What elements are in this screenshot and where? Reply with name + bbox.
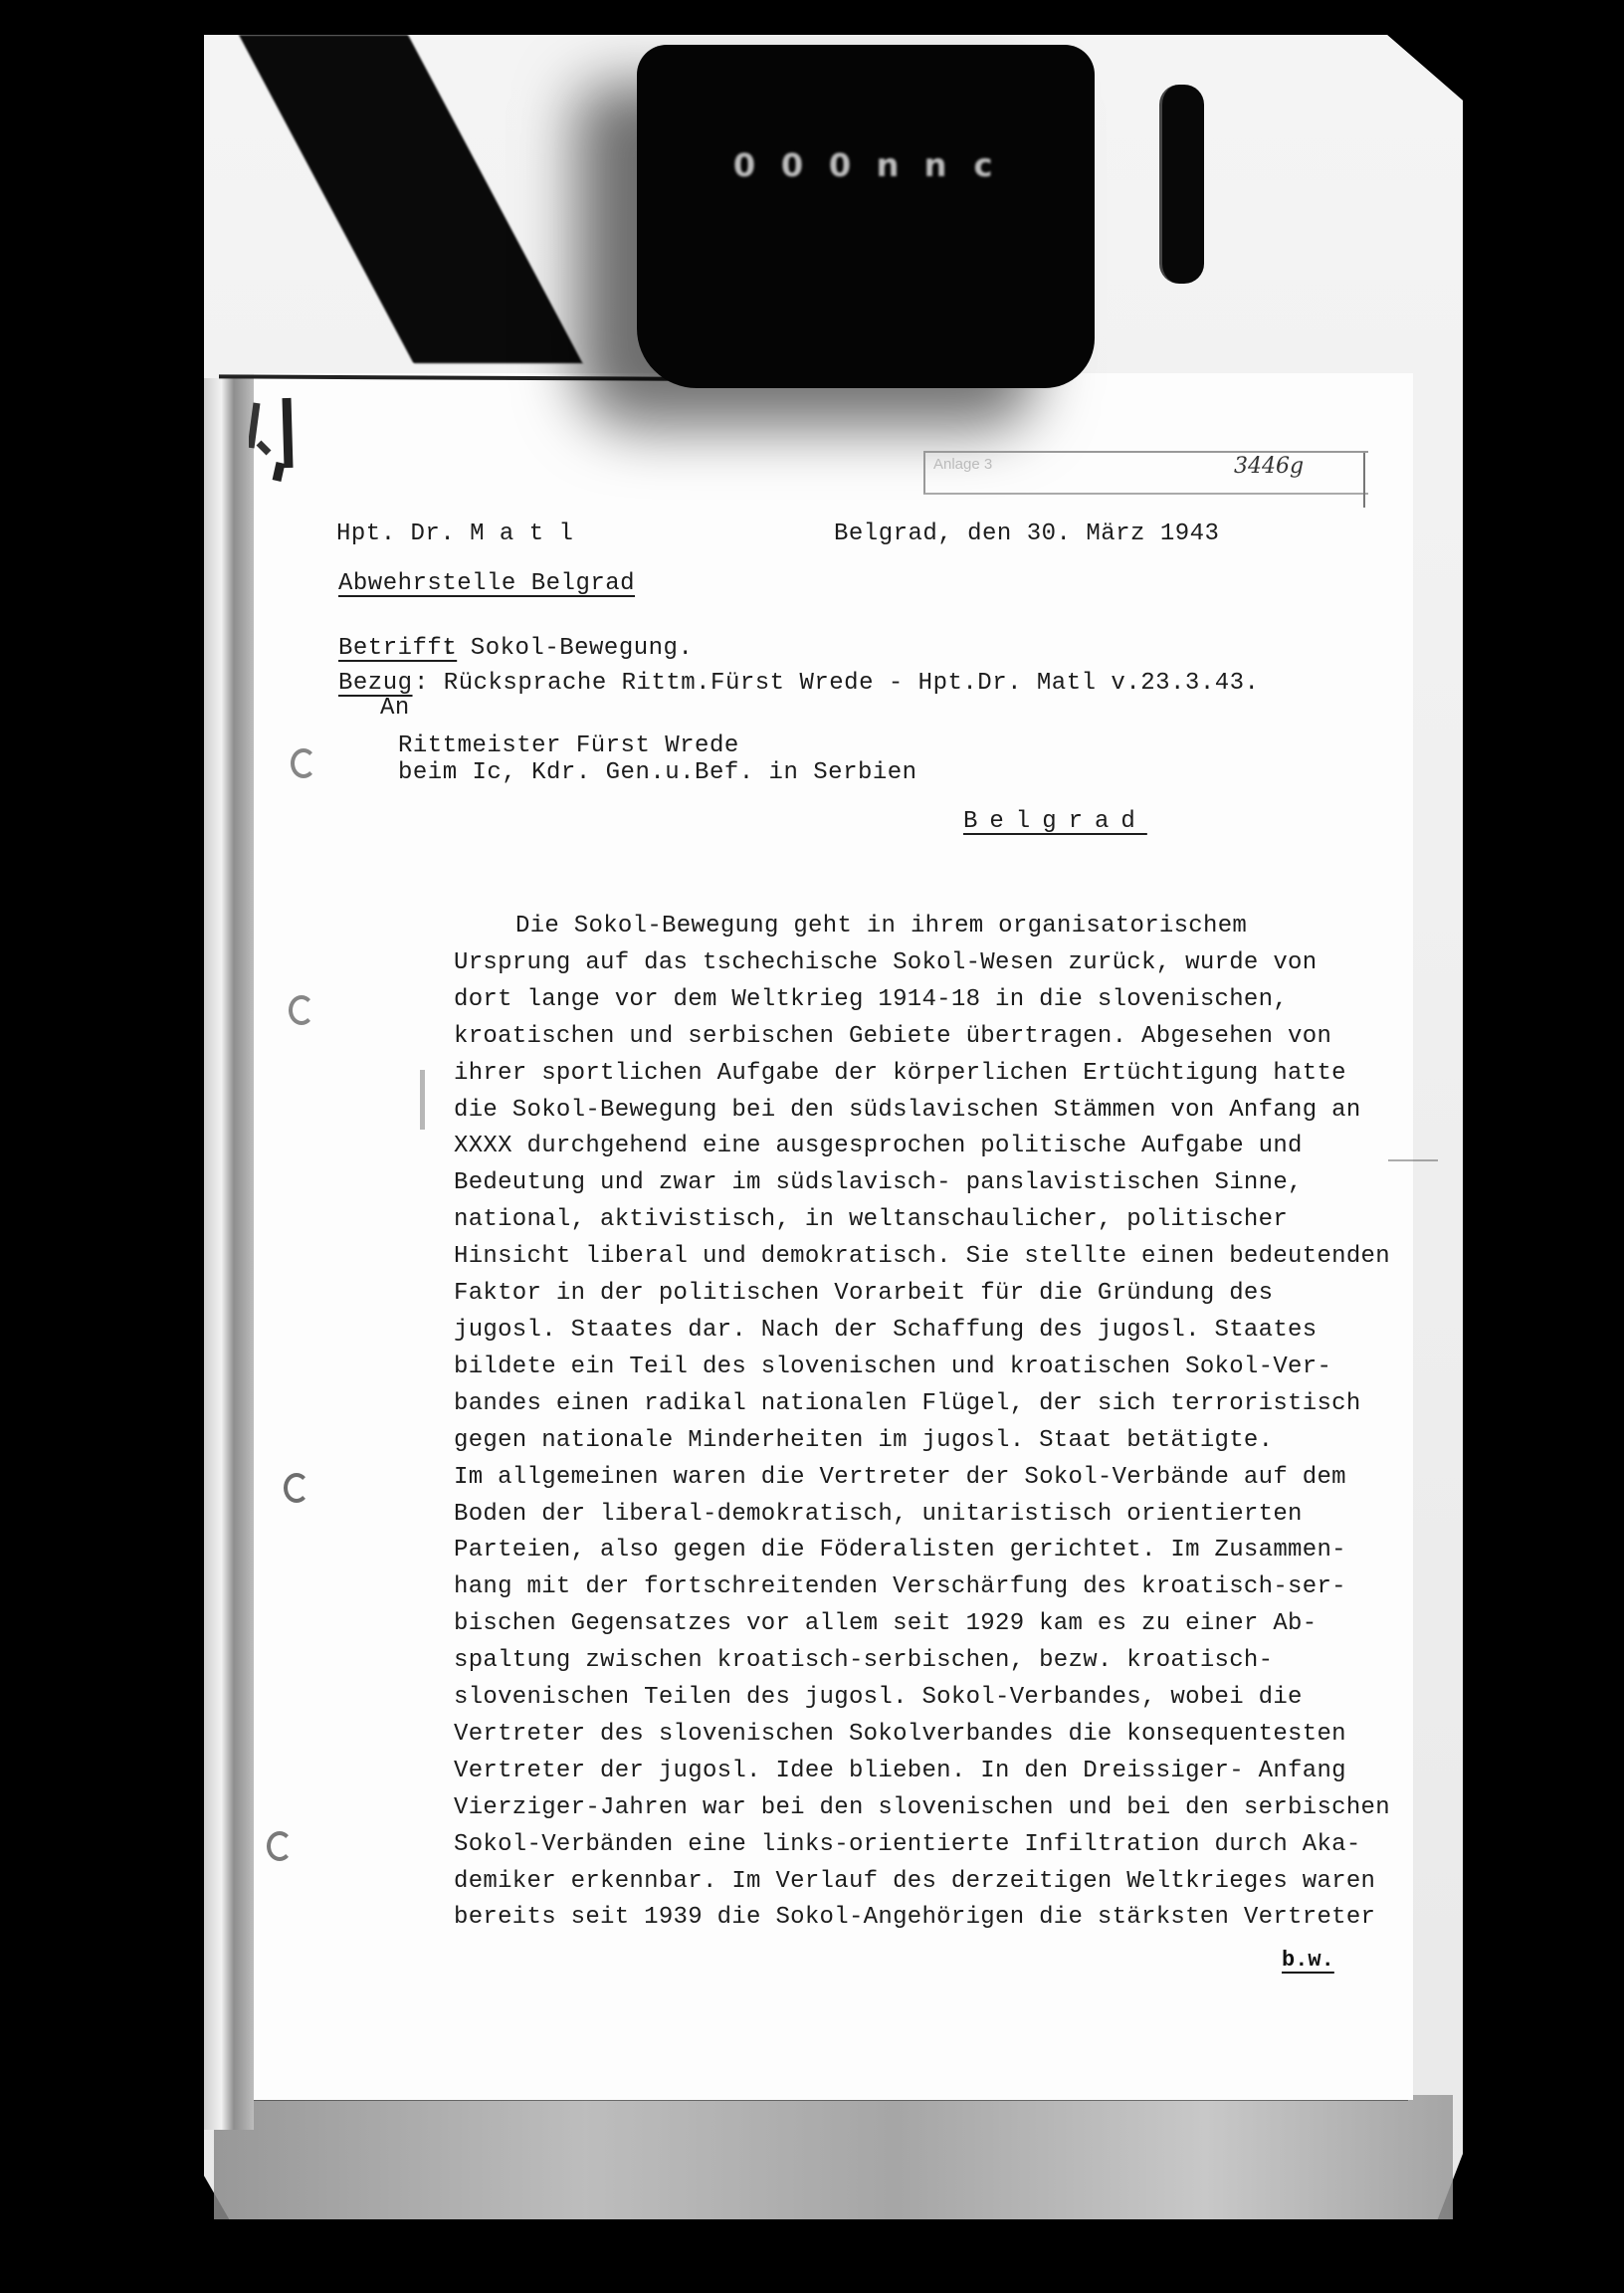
counter-digit: n [922, 147, 948, 183]
stamp-mark [1363, 453, 1365, 508]
body-line: die Sokol-Bewegung bei den südslavischen… [454, 1093, 1409, 1130]
recipient-city: Belgrad [963, 808, 1147, 835]
sender: Hpt. Dr. M a t l [336, 521, 573, 547]
subject-label: Betrifft [338, 635, 457, 662]
office: Abwehrstelle Belgrad [338, 570, 635, 597]
body-line: Sokol-Verbänden eine links-orientierte I… [454, 1827, 1409, 1864]
body-line: demiker erkennbar. Im Verlauf des derzei… [454, 1864, 1409, 1901]
body-line: national, aktivistisch, in weltanschauli… [454, 1202, 1409, 1239]
body-line: hang mit der fortschreitenden Verschärfu… [454, 1569, 1409, 1606]
binding-strip [204, 378, 254, 2130]
punch-hole-icon [291, 748, 316, 778]
counter-digit: 0 [779, 147, 805, 183]
body-line: dort lange vor dem Weltkrieg 1914-18 in … [454, 982, 1409, 1019]
body-line: Hinsicht liberal und demokratisch. Sie s… [454, 1239, 1409, 1276]
counter-device [637, 45, 1095, 388]
counter-digit: 0 [827, 147, 853, 183]
punch-hole-icon [267, 1831, 293, 1861]
stamp-label: Anlage 3 [933, 456, 992, 473]
body-line: bereits seit 1939 die Sokol-Angehörigen … [454, 1900, 1409, 1937]
body-line: XXXX durchgehend eine ausgesprochen poli… [454, 1129, 1409, 1165]
to-label: An [380, 695, 410, 722]
margin-mark [1388, 1159, 1438, 1161]
margin-mark [420, 1070, 425, 1130]
body-line: Vierziger-Jahren war bei den slovenische… [454, 1790, 1409, 1827]
folder-bottom-flap [214, 2095, 1453, 2219]
place-date: Belgrad, den 30. März 1943 [834, 521, 1219, 547]
body-text: Die Sokol-Bewegung geht in ihrem organis… [454, 909, 1409, 1937]
counter-digit: c [970, 147, 996, 183]
body-line: Faktor in der politischen Vorarbeit für … [454, 1276, 1409, 1313]
reference-label: Bezug [338, 670, 413, 697]
counter-digit: 0 [731, 147, 757, 183]
body-line: Parteien, also gegen die Föderalisten ge… [454, 1533, 1409, 1569]
recipient-name: Rittmeister Fürst Wrede [398, 732, 739, 759]
body-line: slovenischen Teilen des jugosl. Sokol-Ve… [454, 1680, 1409, 1717]
stamp-number: 3446g [1234, 454, 1304, 479]
body-line: Boden der liberal-demokratisch, unitaris… [454, 1497, 1409, 1534]
body-line: Im allgemeinen waren die Vertreter der S… [454, 1460, 1409, 1497]
body-line: Die Sokol-Bewegung geht in ihrem organis… [454, 909, 1409, 945]
subject-value: : Sokol-Bewegung. [441, 635, 693, 662]
counter-digit: n [875, 147, 901, 183]
reference-value: : Rücksprache Rittm.Fürst Wrede - Hpt.Dr… [414, 670, 1259, 697]
body-line: bildete ein Teil des slovenischen und kr… [454, 1350, 1409, 1386]
paper-clip-icon [249, 393, 308, 483]
body-line: bischen Gegensatzes vor allem seit 1929 … [454, 1606, 1409, 1643]
body-line: bandes einen radikal nationalen Flügel, … [454, 1386, 1409, 1423]
counter-knob-icon [1159, 85, 1204, 284]
body-line: Bedeutung und zwar im südslavisch- pansl… [454, 1165, 1409, 1202]
body-line: ihrer sportlichen Aufgabe der körperlich… [454, 1056, 1409, 1093]
body-line: Vertreter der jugosl. Idee blieben. In d… [454, 1754, 1409, 1790]
body-line: spaltung zwischen kroatisch-serbischen, … [454, 1643, 1409, 1680]
punch-hole-icon [289, 995, 314, 1025]
body-line: kroatischen und serbischen Gebiete übert… [454, 1019, 1409, 1056]
body-line: jugosl. Staates dar. Nach der Schaffung … [454, 1313, 1409, 1350]
body-line: Vertreter des slovenischen Sokolverbande… [454, 1717, 1409, 1754]
body-line: Ursprung auf das tschechische Sokol-Wese… [454, 945, 1409, 982]
body-line: gegen nationale Minderheiten im jugosl. … [454, 1423, 1409, 1460]
recipient-office: beim Ic, Kdr. Gen.u.Bef. in Serbien [398, 759, 917, 786]
frame-counter: 0 0 0 n n c [731, 147, 996, 183]
continued-note: b.w. [1282, 1948, 1334, 1973]
punch-hole-icon [284, 1473, 309, 1503]
